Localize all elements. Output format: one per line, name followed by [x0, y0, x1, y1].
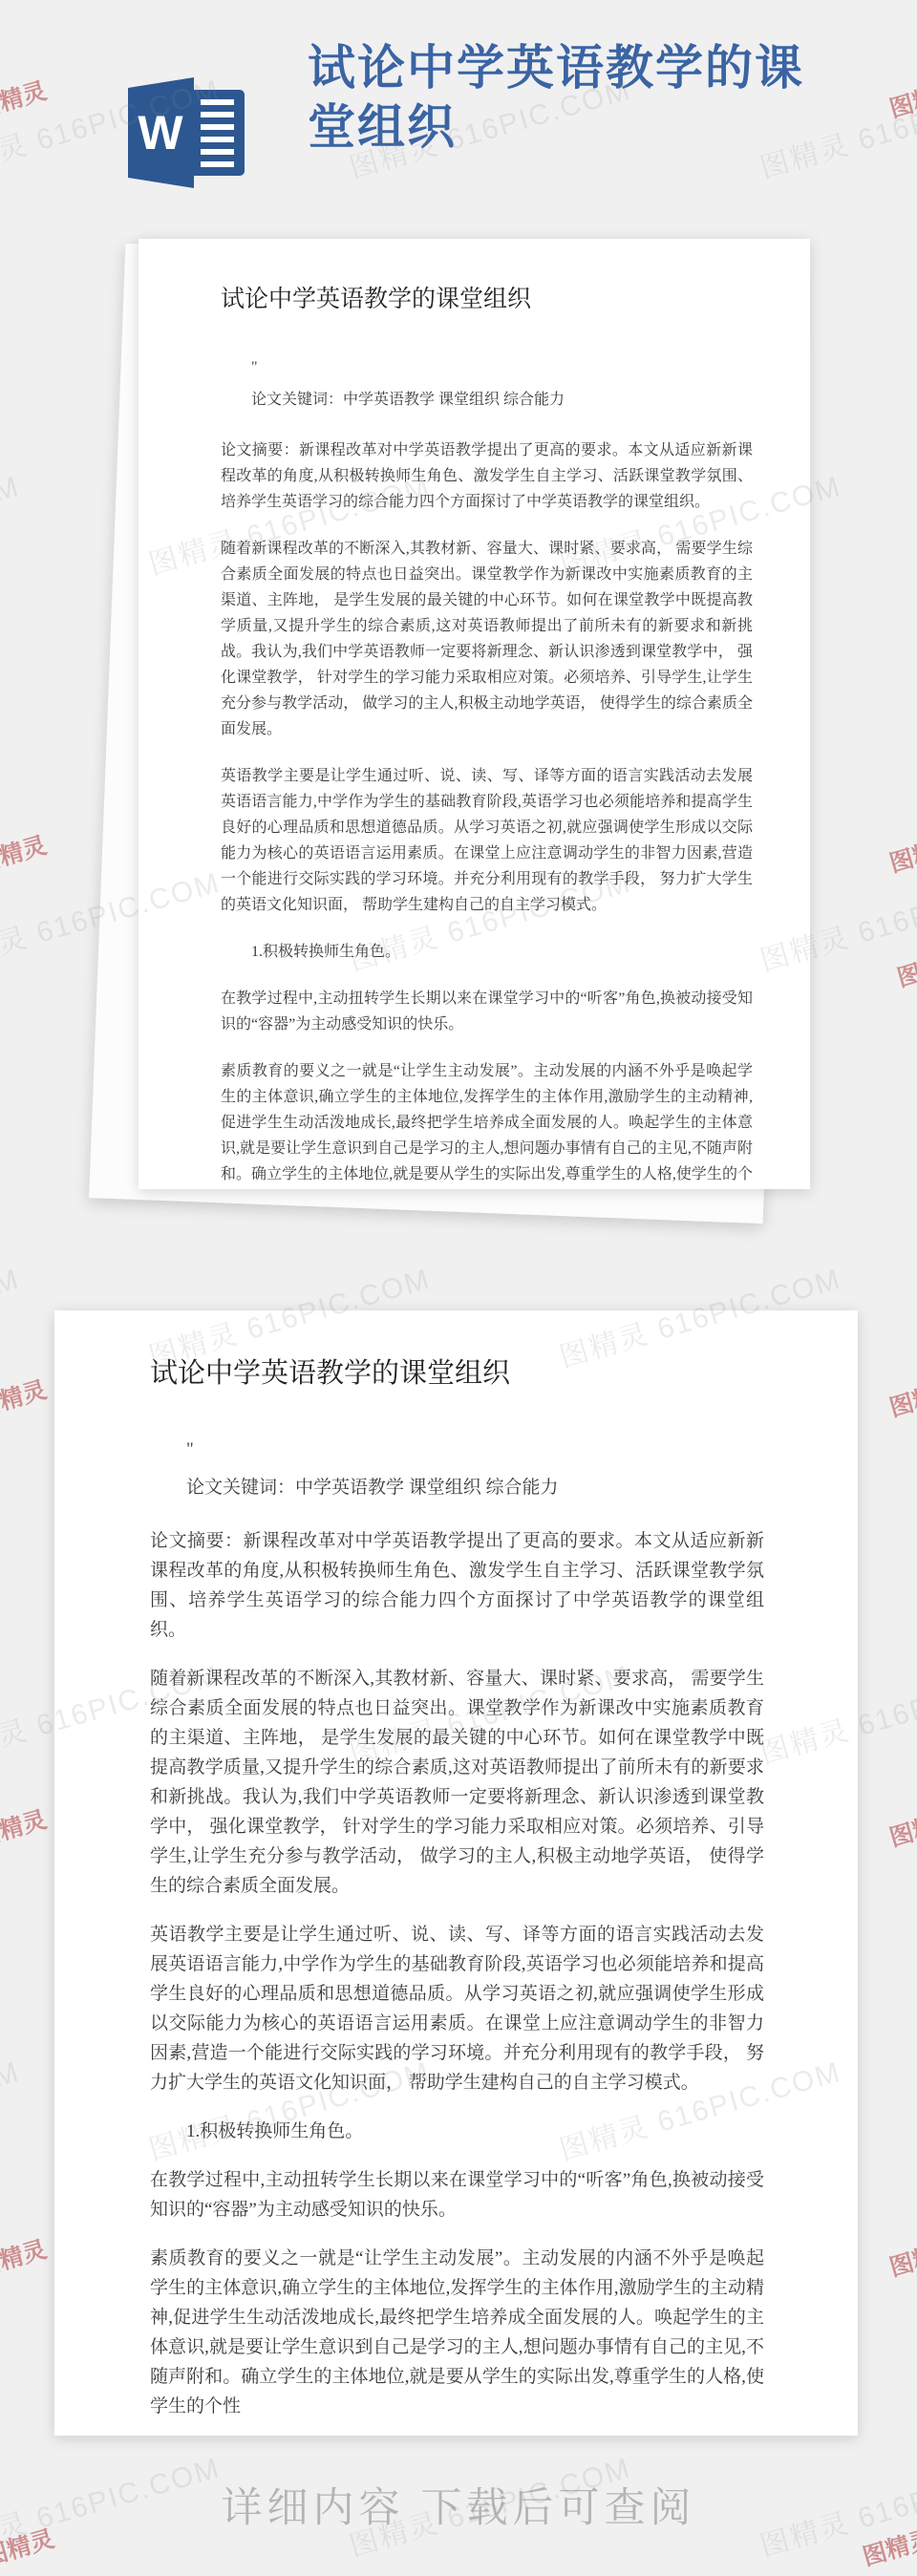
quote-mark: ": [150, 1431, 764, 1469]
document-paragraph: 在教学过程中,主动扭转学生长期以来在课堂学习中的“听客”角色,换被动接受知识的“…: [221, 986, 753, 1037]
document-body: 论文摘要：新课程改革对中学英语教学提出了更高的要求。本文从适应新新课程改革的角度…: [150, 1526, 764, 2421]
document-heading: 1.积极转换师生角色。: [150, 2117, 764, 2146]
watermark-text: 图精灵 616PIC.COM: [0, 462, 24, 583]
word-logo-icon: W: [128, 75, 247, 191]
page-title: 试论中学英语教学的课堂组织: [308, 38, 842, 157]
document-title: 试论中学英语教学的课堂组织: [221, 283, 753, 317]
brand-watermark: 图精灵: [892, 941, 917, 993]
watermark-text: 图精灵 616PIC.COM: [0, 2048, 24, 2168]
document-abstract: 论文摘要：新课程改革对中学英语教学提出了更高的要求。本文从适应新新课程改革的角度…: [221, 437, 753, 515]
brand-watermark: 图精灵: [0, 2230, 51, 2283]
document-paragraph: 素质教育的要义之一就是“让学生主动发展”。主动发展的内涵不外乎是唤起学生的主体意…: [221, 1058, 753, 1189]
brand-watermark: 图精灵: [885, 1371, 917, 1423]
brand-watermark: 图精灵: [885, 826, 917, 879]
page: W 试论中学英语教学的课堂组织 试论中学英语教学的课堂组织 " 论文关键词：中学…: [0, 0, 917, 2576]
document-paragraph: 随着新课程改革的不断深入,其教材新、容量大、课时紧、要求高， 需要学生综合素质全…: [150, 1664, 764, 1901]
header: W 试论中学英语教学的课堂组织: [0, 0, 917, 229]
brand-watermark: 图精灵: [0, 1800, 51, 1853]
brand-watermark: 图精灵: [885, 1800, 917, 1853]
document-title: 试论中学英语教学的课堂组织: [150, 1352, 764, 1394]
brand-watermark: 图精灵: [0, 826, 51, 879]
document-paragraph: 英语教学主要是让学生通过听、说、读、写、译等方面的语言实践活动去发展英语语言能力…: [150, 1920, 764, 2097]
document-paragraph: 英语教学主要是让学生通过听、说、读、写、译等方面的语言实践活动去发展英语语言能力…: [221, 763, 753, 918]
watermark-text: 图精灵 616PIC.COM: [0, 1255, 24, 1375]
document-preview-2[interactable]: 试论中学英语教学的课堂组织 " 论文关键词：中学英语教学 课堂组织 综合能力 论…: [54, 1310, 858, 2436]
document-paragraph: 素质教育的要义之一就是“让学生主动发展”。主动发展的内涵不外乎是唤起学生的主体意…: [150, 2244, 764, 2421]
document-keywords: 论文关键词：中学英语教学 课堂组织 综合能力: [221, 384, 753, 416]
document-body: 论文摘要：新课程改革对中学英语教学提出了更高的要求。本文从适应新新课程改革的角度…: [221, 437, 753, 1189]
document-heading: 1.积极转换师生角色。: [221, 939, 753, 965]
document-abstract: 论文摘要：新课程改革对中学英语教学提出了更高的要求。本文从适应新新课程改革的角度…: [150, 1526, 764, 1645]
document-paragraph: 在教学过程中,主动扭转学生长期以来在课堂学习中的“听客”角色,换被动接受知识的“…: [150, 2165, 764, 2225]
quote-mark: ": [221, 351, 753, 384]
document-preview-1[interactable]: 试论中学英语教学的课堂组织 " 论文关键词：中学英语教学 课堂组织 综合能力 论…: [139, 239, 810, 1189]
document-keywords: 论文关键词：中学英语教学 课堂组织 综合能力: [150, 1469, 764, 1507]
brand-watermark: 图精灵: [885, 2230, 917, 2283]
document-paragraph: 随着新课程改革的不断深入,其教材新、容量大、课时紧、要求高， 需要学生综合素质全…: [221, 536, 753, 742]
footer-hint: 详细内容 下载后可查阅: [0, 2476, 917, 2534]
word-logo-letter: W: [138, 106, 183, 160]
brand-watermark: 图精灵: [0, 1371, 51, 1423]
